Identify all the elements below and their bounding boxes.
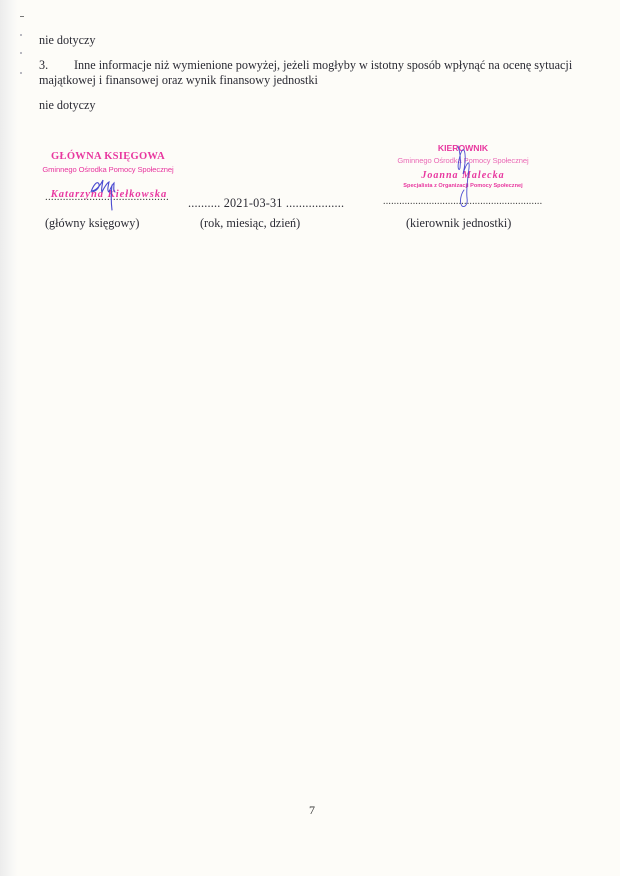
page-number: 7 xyxy=(309,803,315,818)
accountant-signature xyxy=(85,172,125,212)
date-caption: (rok, miesiąc, dzień) xyxy=(200,216,300,231)
scan-mark xyxy=(20,34,22,36)
paragraph-not-applicable-1: nie dotyczy xyxy=(39,33,96,48)
accountant-caption: (główny księgowy) xyxy=(45,216,139,231)
item-number: 3. xyxy=(39,58,48,73)
item-3-text-line-1: Inne informacje niż wymienione powyżej, … xyxy=(74,58,572,73)
scan-mark xyxy=(20,52,22,54)
scan-mark xyxy=(20,16,24,17)
scan-edge-shadow xyxy=(0,0,18,876)
scan-mark xyxy=(20,72,22,74)
date-value: 2021-03-31 xyxy=(224,196,283,210)
director-signature xyxy=(448,138,480,212)
paragraph-not-applicable-2: nie dotyczy xyxy=(39,98,96,113)
item-3-text-line-2: majątkowej i finansowej oraz wynik finan… xyxy=(39,73,318,88)
date-line: .......... 2021-03-31 .................. xyxy=(188,196,344,211)
date-dots-after: .................. xyxy=(286,196,344,210)
stamp-title: GŁÓWNA KSIĘGOWA xyxy=(28,150,188,163)
director-caption: (kierownik jednostki) xyxy=(406,216,511,231)
date-dots-before: .......... xyxy=(188,196,220,210)
